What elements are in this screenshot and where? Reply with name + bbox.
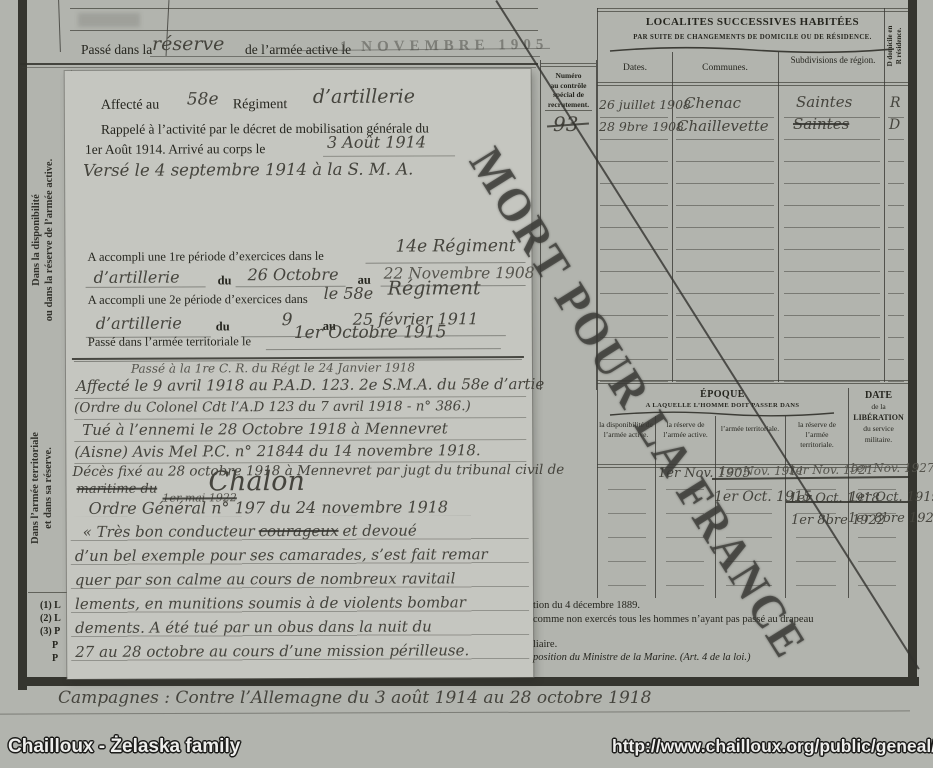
arrivee-underline [323, 155, 455, 157]
affecte-regiment-word: Régiment [233, 97, 288, 113]
locality-row1-subdivision: Saintes [796, 93, 852, 111]
affectation-1918: Affecté le 9 avril 1918 au P.A.D. 123. 2… [76, 375, 544, 395]
numero-header: Numéro au contrôle spécial de recrutemen… [541, 71, 596, 109]
citation-1a: « Très bon conducteur [83, 522, 255, 541]
rappel-line2: 1er Août 1914. Arrivé au corps le [85, 141, 265, 158]
localites-flourish [608, 44, 896, 54]
periode1b-du: du [218, 273, 232, 288]
epoque-date-l3: LIBÉRATION [851, 412, 906, 423]
localites-subtitle: PAR SUITE DE CHANGEMENTS DE DOMICILE OU … [600, 34, 905, 41]
periode2b-arme: d’artillerie [96, 314, 182, 333]
margin-label-armee-active: Dans la disponibilité ou dans la réserve… [30, 90, 64, 390]
localites-rules-communes [676, 96, 774, 382]
localites-header-rule-1 [597, 82, 908, 83]
localites-col-dr-l2: R résidence. [895, 6, 904, 86]
campagnes-underline [0, 710, 910, 714]
register-scan: Passé dans la réserve de l’armée active … [0, 0, 933, 768]
locality-row2-dr: D [889, 117, 900, 133]
margin-label-terr-line2: et dans sa réserve. [42, 398, 55, 578]
citation-line-3: quer par son calme au cours de nombreux … [75, 569, 456, 589]
epoque-liberation-struck: 1er Nov. 1927 [849, 461, 933, 475]
locality-row2-commune: Chaillevette [677, 117, 769, 135]
numero-top-rule-2 [541, 66, 596, 67]
top-rule-2 [70, 30, 538, 31]
citation-line-6: 27 au 28 octobre au cours d’une mission … [75, 641, 469, 661]
locality-row1-commune: Chenac [684, 94, 741, 112]
passe-reserve-handwritten: réserve [152, 33, 224, 55]
footnote-marker-2: (2) L [40, 613, 61, 624]
page-border-left [18, 0, 27, 690]
margin-label-terr-line1: Dans l’armée territoriale [29, 398, 42, 578]
numero-top-rule-1 [541, 63, 596, 64]
top-rule-1 [70, 8, 538, 9]
verse-line: Versé le 4 septembre 1914 à la S. M. A. [83, 159, 413, 179]
margin-label-line1: Dans la disponibilité [30, 90, 43, 390]
epoque-strike-row2 [786, 501, 908, 503]
epoque-col-reserve-terr: la réserve de l’armée territoriale. [788, 420, 846, 450]
locality-row2-subdivision: Saintes [793, 115, 849, 133]
territoriale-date: 1er Octobre 1915 [294, 322, 447, 343]
numero-header-underline [545, 110, 592, 111]
numero-header-l4: recrutement. [541, 100, 596, 110]
numero-header-l1: Numéro [541, 71, 596, 81]
territoriale-printed: Passé dans l’armée territoriale le [88, 334, 251, 350]
localites-col-dates: Dates. [600, 63, 670, 73]
periode2b-date1: 9 [282, 310, 293, 330]
epoque-cells-col5 [858, 466, 896, 596]
localites-title: LOCALITES SUCCESSIVES HABITÉES [600, 16, 905, 28]
right-footnote-1: tion du 4 décembre 1889. [533, 600, 640, 611]
locality-row2-date: 28 9bre 1908 [599, 119, 684, 134]
reserve-date-stamp: 1 NOVEMBRE 1905 [340, 37, 549, 57]
periode2-printed: A accompli une 2e période d’exercices da… [88, 292, 308, 308]
passe-reserve-prefix: Passé dans la [81, 42, 152, 58]
page-border-right [908, 0, 917, 686]
citation-1b: et devoué [342, 521, 416, 539]
periode1-regiment: 14e Régiment [395, 236, 515, 257]
epoque-date-l4: du service [851, 423, 906, 434]
epoque-liberation-date: 1er 8bre 1929 [848, 511, 933, 526]
citation-line-1: « Très bon conducteur courageux et devou… [83, 521, 417, 541]
overlaid-record-slip: Affecté au 58e Régiment d’artillerie Rap… [65, 69, 534, 679]
localites-top-rule-2 [597, 11, 908, 12]
localites-col-communes: Communes. [676, 63, 774, 73]
epoque-date-l1: DATE [851, 390, 906, 401]
localites-col-dr-l1: D domicile en [886, 6, 895, 86]
periode2-le58e: le 58e [324, 284, 374, 303]
deces-line: Décès fixé au 28 octobre 1918 à Mennevre… [72, 462, 564, 480]
footnote-marker-5: P [52, 653, 58, 664]
localites-top-rule-1 [597, 8, 908, 9]
epoque-col-date: DATE de la LIBÉRATION du service militai… [851, 390, 906, 445]
right-footnote-4: position du Ministre de la Marine. (Art.… [533, 652, 750, 663]
tue-ennemi-line: Tué à l’ennemi le 28 Octobre 1918 à Menn… [82, 419, 448, 439]
campagnes-line: Campagnes : Contre l’Allemagne du 3 août… [58, 688, 651, 708]
affecte-prefix: Affecté au [101, 98, 160, 114]
localites-col-subdivisions: Subdivisions de région. [786, 55, 880, 66]
localites-sep-2 [778, 52, 779, 382]
epoque-date-l5: militaire. [851, 434, 906, 445]
periode2b-du: du [216, 319, 230, 334]
localites-rules-dr [888, 96, 904, 382]
cr-line: Passé à la 1re C. R. du Régt le 24 Janvi… [131, 360, 415, 375]
periode2-regiment: Régiment [388, 277, 481, 299]
citation-1-struck: courageux [259, 522, 339, 540]
deces-ville: Chalon [208, 466, 305, 497]
periode1-printed: A accompli une 1re période d’exercices d… [87, 249, 323, 265]
epoque-sep-3 [785, 416, 786, 598]
right-footnote-3: liaire. [533, 639, 557, 650]
footnote-marker-1: (1) L [40, 600, 61, 611]
citation-line-2: d’un bel exemple pour ses camarades, s’e… [75, 545, 488, 565]
arrivee-date: 3 Août 1914 [327, 132, 426, 151]
locality-row1-date: 26 juillet 1908 [599, 97, 691, 112]
footnote-marker-3: (3) P [40, 626, 60, 637]
deces-struck-1: maritime du [76, 482, 157, 497]
epoque-cells-col1 [608, 466, 646, 596]
localites-sep-3 [884, 8, 885, 382]
margin-label-territoriale: Dans l’armée territoriale et dans sa rés… [29, 398, 59, 578]
citation-line-5: dements. A été tué par un obus dans la n… [75, 617, 432, 637]
stray-tick-2 [58, 0, 61, 52]
locality-row1-dr: R [890, 95, 901, 111]
affecte-arme: d’artillerie [313, 85, 415, 107]
faded-stamp-smudge [78, 13, 140, 27]
avis-line: (Aisne) Avis Mel P.C. n° 21844 du 14 nov… [74, 441, 480, 461]
localites-rules-subdiv [784, 96, 880, 382]
periode1b-arme: d’artillerie [94, 268, 180, 287]
section-divider [20, 63, 538, 65]
epoque-col-territoriale: l’armée territoriale. [718, 424, 782, 434]
passe-reserve-underline [150, 56, 540, 57]
ordre-colonel: (Ordre du Colonel Cdt l’A.D 123 du 7 avr… [74, 398, 471, 416]
localites-col-dr: D domicile en R résidence. [886, 6, 906, 86]
margin-label-line2: ou dans la réserve de l’armée active. [43, 90, 56, 390]
section-divider-2 [22, 67, 536, 68]
numero-header-l3: spécial de [541, 90, 596, 100]
epoque-date-l2: de la [851, 401, 906, 412]
territoriale-rule [266, 348, 501, 350]
citation-line-4: lements, en munitions soumis à de violen… [75, 593, 466, 613]
url-watermark: http://www.chailloux.org/public/geneal/ [612, 736, 933, 757]
periode1b-rule-a [86, 286, 206, 288]
localites-header-rule-2 [597, 85, 908, 86]
footnote-marker-4: P [52, 640, 58, 651]
family-watermark: Chailloux - Żelaska family [8, 736, 240, 758]
footnote-divider [28, 592, 72, 593]
affecte-regiment-number: 58e [187, 89, 219, 109]
periode1b-date1: 26 Octobre [248, 265, 339, 284]
